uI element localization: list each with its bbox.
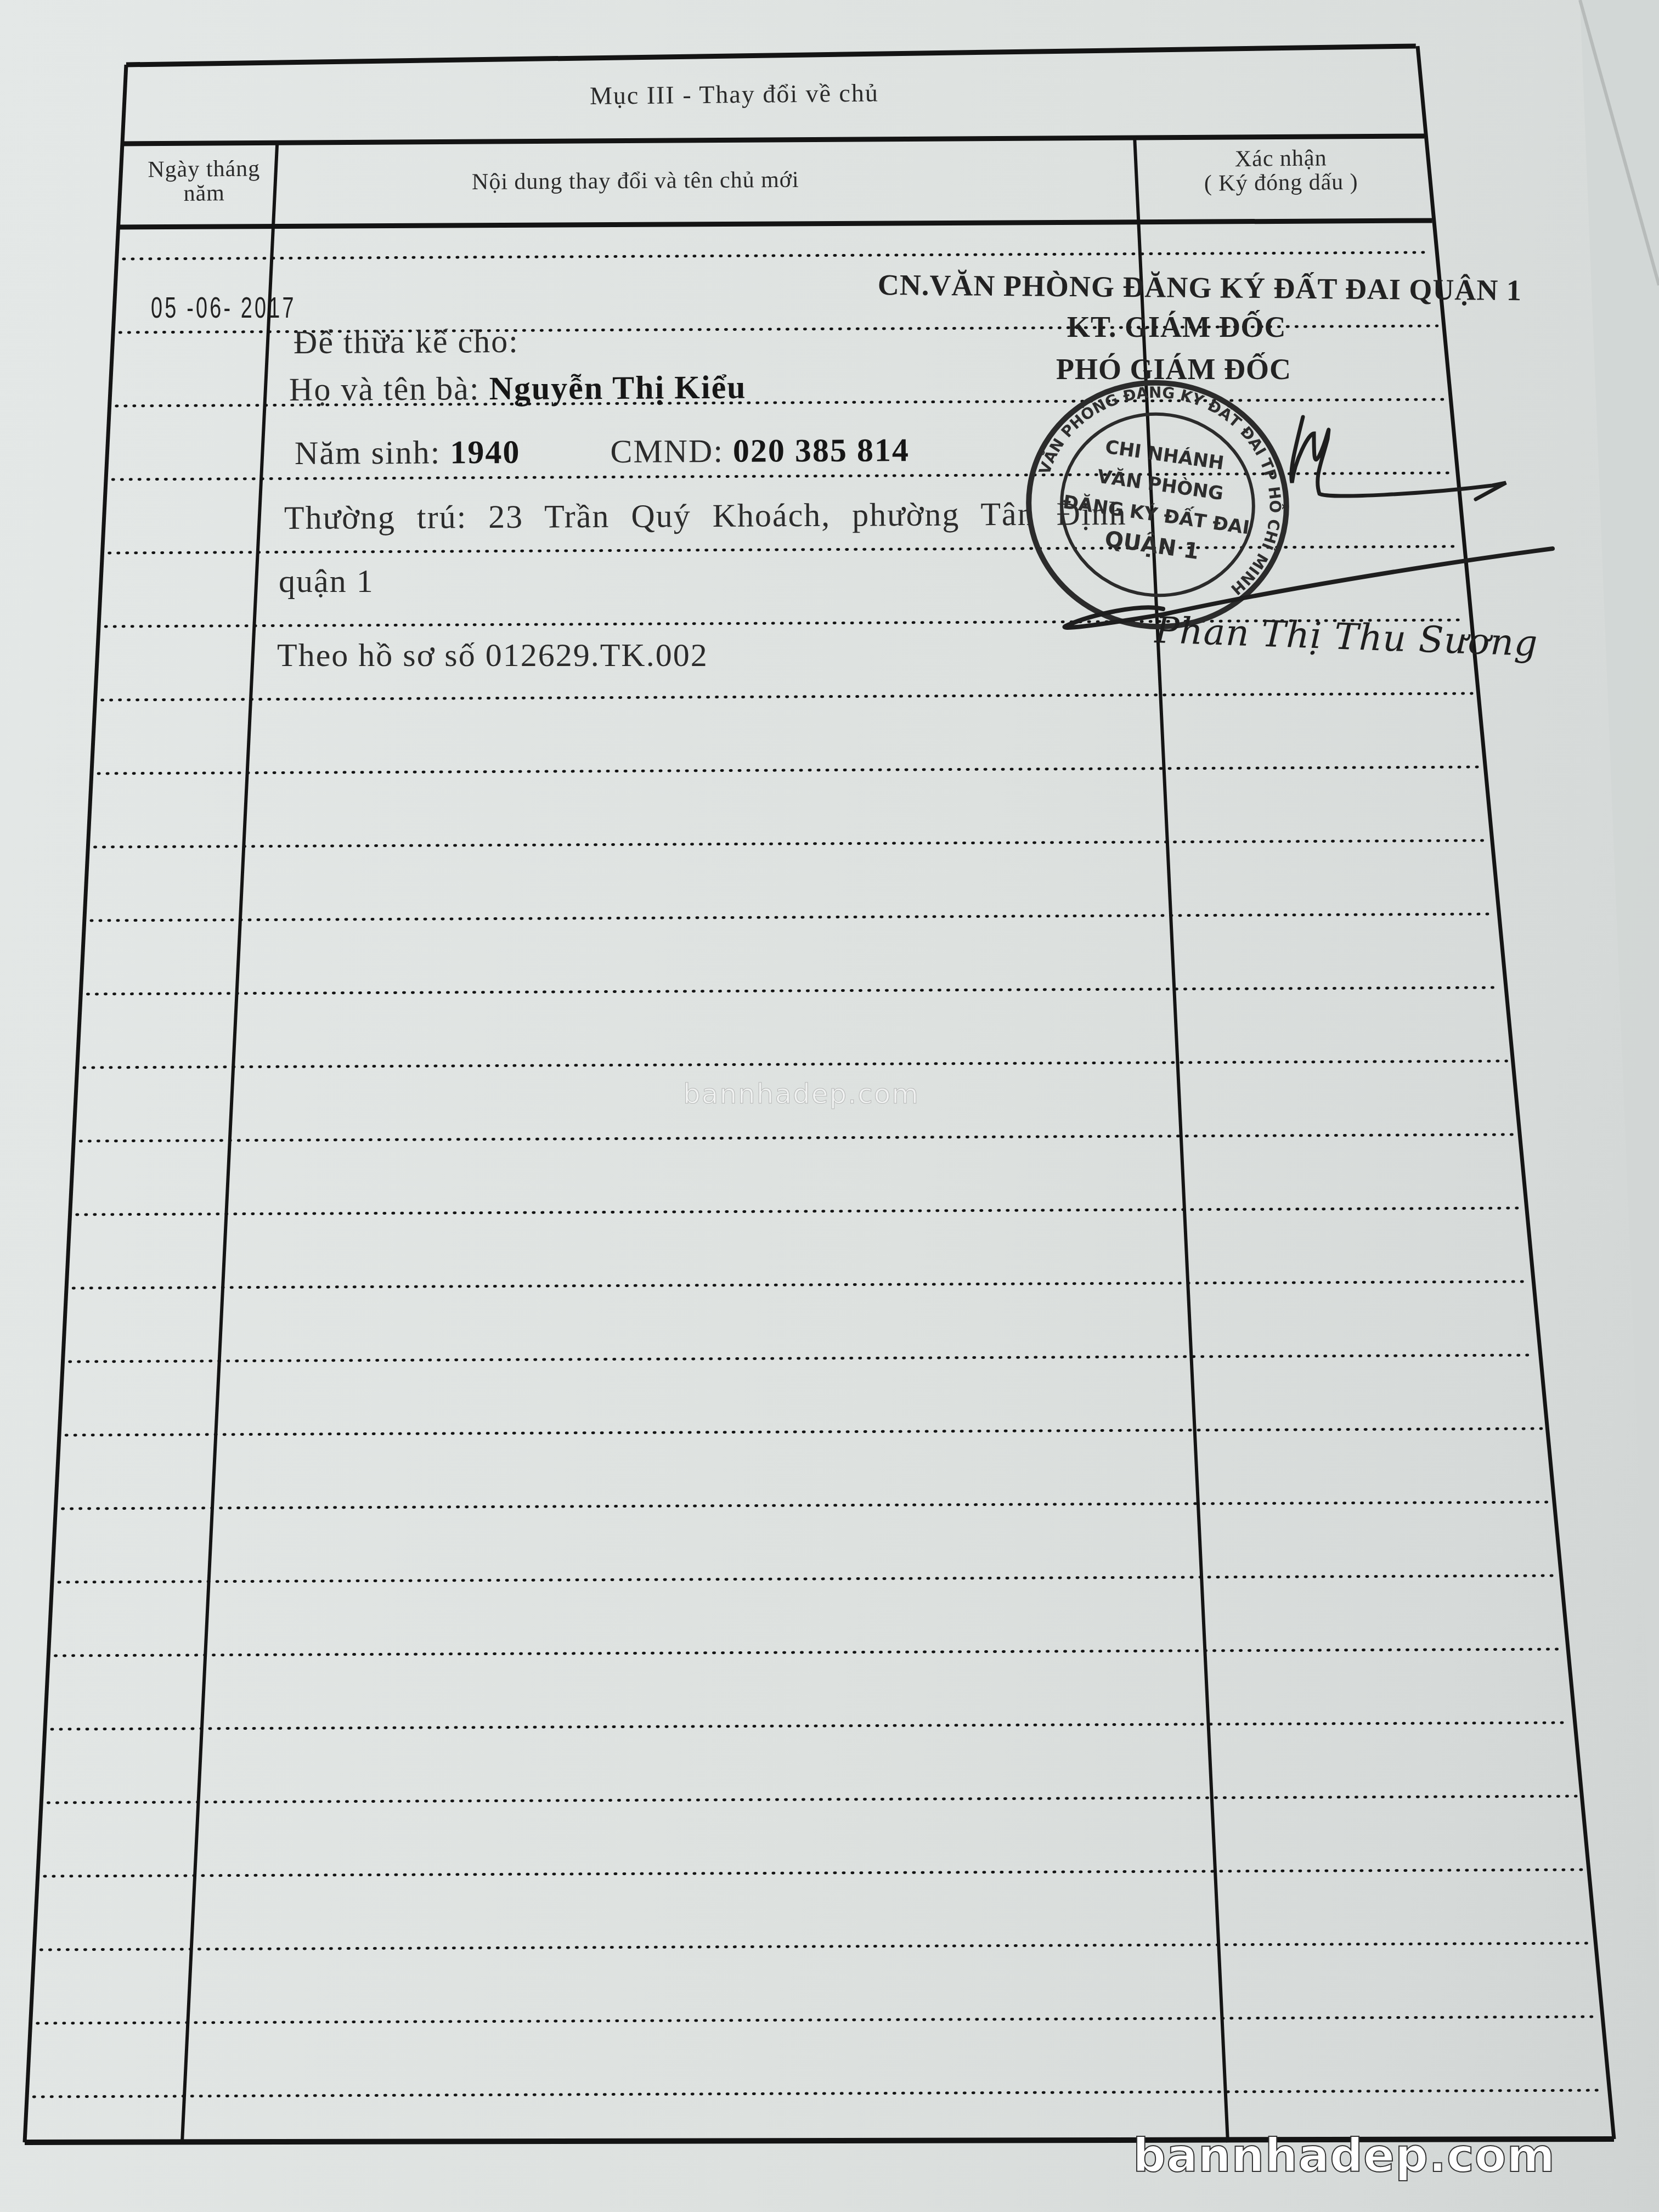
watermark-center: bannhadep.com: [683, 1078, 919, 1110]
watermark-corner: bannhadep.com: [1133, 2129, 1555, 2182]
